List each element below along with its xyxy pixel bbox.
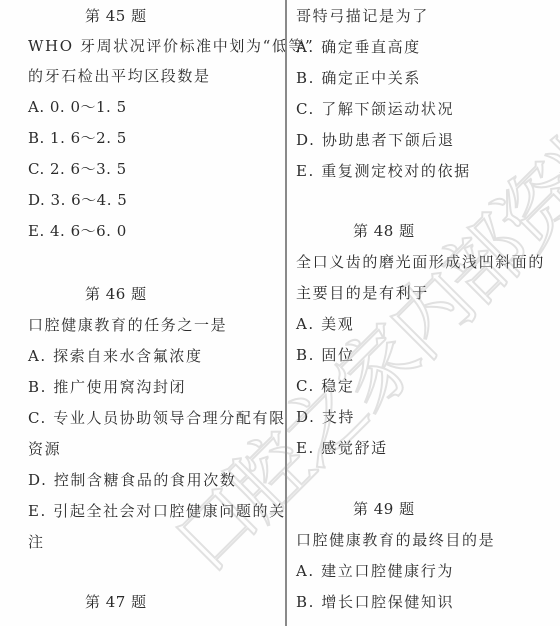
question-46-option-c-line-2: 资源 <box>28 440 61 458</box>
question-46-option-a: A. 探索自来水含氟浓度 <box>28 347 203 365</box>
question-49-option-b: B. 增长口腔保健知识 <box>296 593 454 611</box>
question-49-option-a: A. 建立口腔健康行为 <box>296 562 454 580</box>
question-45-option-d: D. 3. 6～4. 5 <box>28 191 127 209</box>
question-46-option-d: D. 控制含糖食品的食用次数 <box>28 471 236 489</box>
question-47-option-e: E. 重复测定校对的依据 <box>296 162 471 180</box>
question-48-stem-line-2: 主要目的是有利于 <box>296 284 429 302</box>
question-48-option-a: A. 美观 <box>296 315 354 333</box>
question-45-stem-line-1: WHO 牙周状况评价标准中划为“低等” <box>28 37 314 55</box>
question-49-stem-line-1: 口腔健康教育的最终目的是 <box>296 531 495 549</box>
question-47-option-a: A. 确定垂直高度 <box>296 38 421 56</box>
question-46-stem-line-1: 口腔健康教育的任务之一是 <box>28 316 227 334</box>
question-48-option-e: E. 感觉舒适 <box>296 439 388 457</box>
question-47-stem-line-1: 哥特弓描记是为了 <box>296 7 429 25</box>
question-48-option-b: B. 固位 <box>296 346 355 364</box>
question-47-option-b: B. 确定正中关系 <box>296 69 421 87</box>
question-46-title: 第 46 题 <box>85 285 147 303</box>
question-48-option-d: D. 支持 <box>296 408 355 426</box>
question-47-title: 第 47 题 <box>85 593 147 611</box>
question-45-option-e: E. 4. 6～6. 0 <box>28 222 127 240</box>
question-46-option-b: B. 推广使用窝沟封闭 <box>28 378 186 396</box>
question-48-title: 第 48 题 <box>353 222 415 240</box>
column-divider <box>285 0 287 626</box>
question-48-option-c: C. 稳定 <box>296 377 354 395</box>
question-45-option-a: A. 0. 0～1. 5 <box>28 98 127 116</box>
question-46-option-c-line-1: C. 专业人员协助领导合理分配有限 <box>28 409 286 427</box>
question-49-title: 第 49 题 <box>353 500 415 518</box>
question-48-stem-line-1: 全口义齿的磨光面形成浅凹斜面的 <box>296 253 545 271</box>
question-46-option-e-line-1: E. 引起全社会对口腔健康问题的关 <box>28 502 286 520</box>
question-46-option-e-line-2: 注 <box>28 533 45 551</box>
question-45-stem-line-2: 的牙石检出平均区段数是 <box>28 67 211 85</box>
question-45-title: 第 45 题 <box>85 7 147 25</box>
question-45-option-b: B. 1. 6～2. 5 <box>28 129 127 147</box>
question-47-option-c: C. 了解下颌运动状况 <box>296 100 454 118</box>
question-45-option-c: C. 2. 6～3. 5 <box>28 160 127 178</box>
exam-page: 第 45 题 WHO 牙周状况评价标准中划为“低等” 的牙石检出平均区段数是 A… <box>0 0 560 626</box>
question-47-option-d: D. 协助患者下颌后退 <box>296 131 455 149</box>
